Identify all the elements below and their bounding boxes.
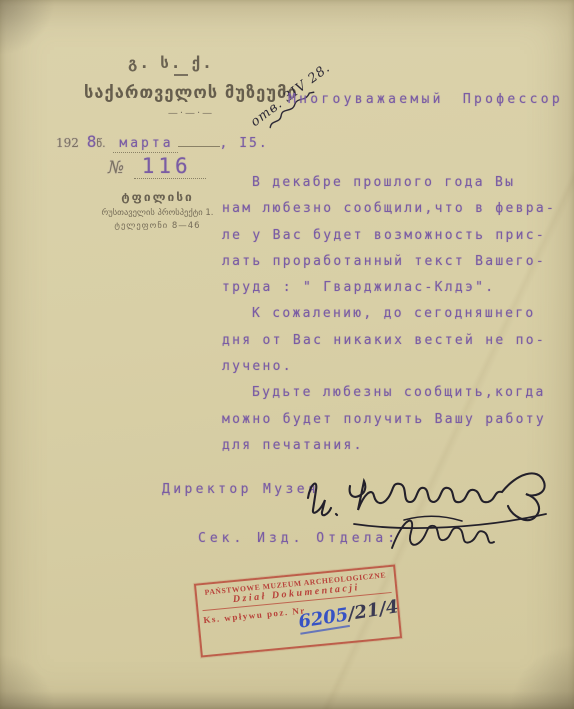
body-line: дня от Вас никаких вестей не по-: [222, 328, 567, 354]
dateline-day: , I5.: [220, 136, 269, 151]
body-line: труда : " Гварджилас-Клдэ".: [222, 275, 567, 301]
letter-paper: გ. ს. ქ. საქართველოს მუზეუმი —·—·— ტფილი…: [0, 0, 574, 709]
dateline-printed-prefix: 192: [56, 136, 79, 150]
dateline-printed-rule: [178, 136, 220, 147]
body-line: нам любезно сообщили,что в февра-: [222, 196, 567, 222]
body-paragraphs: В декабре прошлого года Вы нам любезно с…: [222, 170, 567, 459]
body-line: можно будет получить Вашу работу: [222, 407, 567, 433]
body-line: ле у Вас будет возможность прис-: [222, 223, 567, 249]
letterhead-abbreviation: გ. ს. ქ.: [128, 54, 258, 72]
body-line: лучено.: [222, 354, 567, 380]
director-title: Директор Музея: [162, 482, 319, 497]
letterhead-city: ტფილისი: [95, 190, 220, 204]
document-number: 116: [134, 154, 206, 179]
body-line: лать проработанный текст Вашего-: [222, 249, 567, 275]
body-line: К сожалению, до сегодняшнего: [222, 301, 567, 327]
letterhead-dash-rule: [174, 74, 188, 76]
dateline-typed-year: 8: [87, 132, 97, 151]
document-number-line: № 116: [108, 154, 206, 178]
secretary-signature: [384, 504, 502, 560]
dateline: 192 8წ. марта, I5.: [56, 132, 269, 151]
letterhead-ornament-rule: —·—·—: [160, 108, 222, 119]
scanned-letter: გ. ს. ქ. საქართველოს მუზეუმი —·—·— ტფილი…: [0, 0, 574, 709]
secretary-title: Сек. Изд. Отдела:: [198, 531, 399, 546]
dateline-month: марта: [113, 136, 177, 153]
body-line: В декабре прошлого года Вы: [222, 170, 567, 196]
numero-sign: №: [108, 158, 124, 178]
salutation: Многоуважаемый Профессор: [288, 92, 563, 107]
body-line: Будьте любезны сообщить,когда: [222, 380, 567, 406]
dateline-year-suffix: წ.: [96, 137, 105, 150]
